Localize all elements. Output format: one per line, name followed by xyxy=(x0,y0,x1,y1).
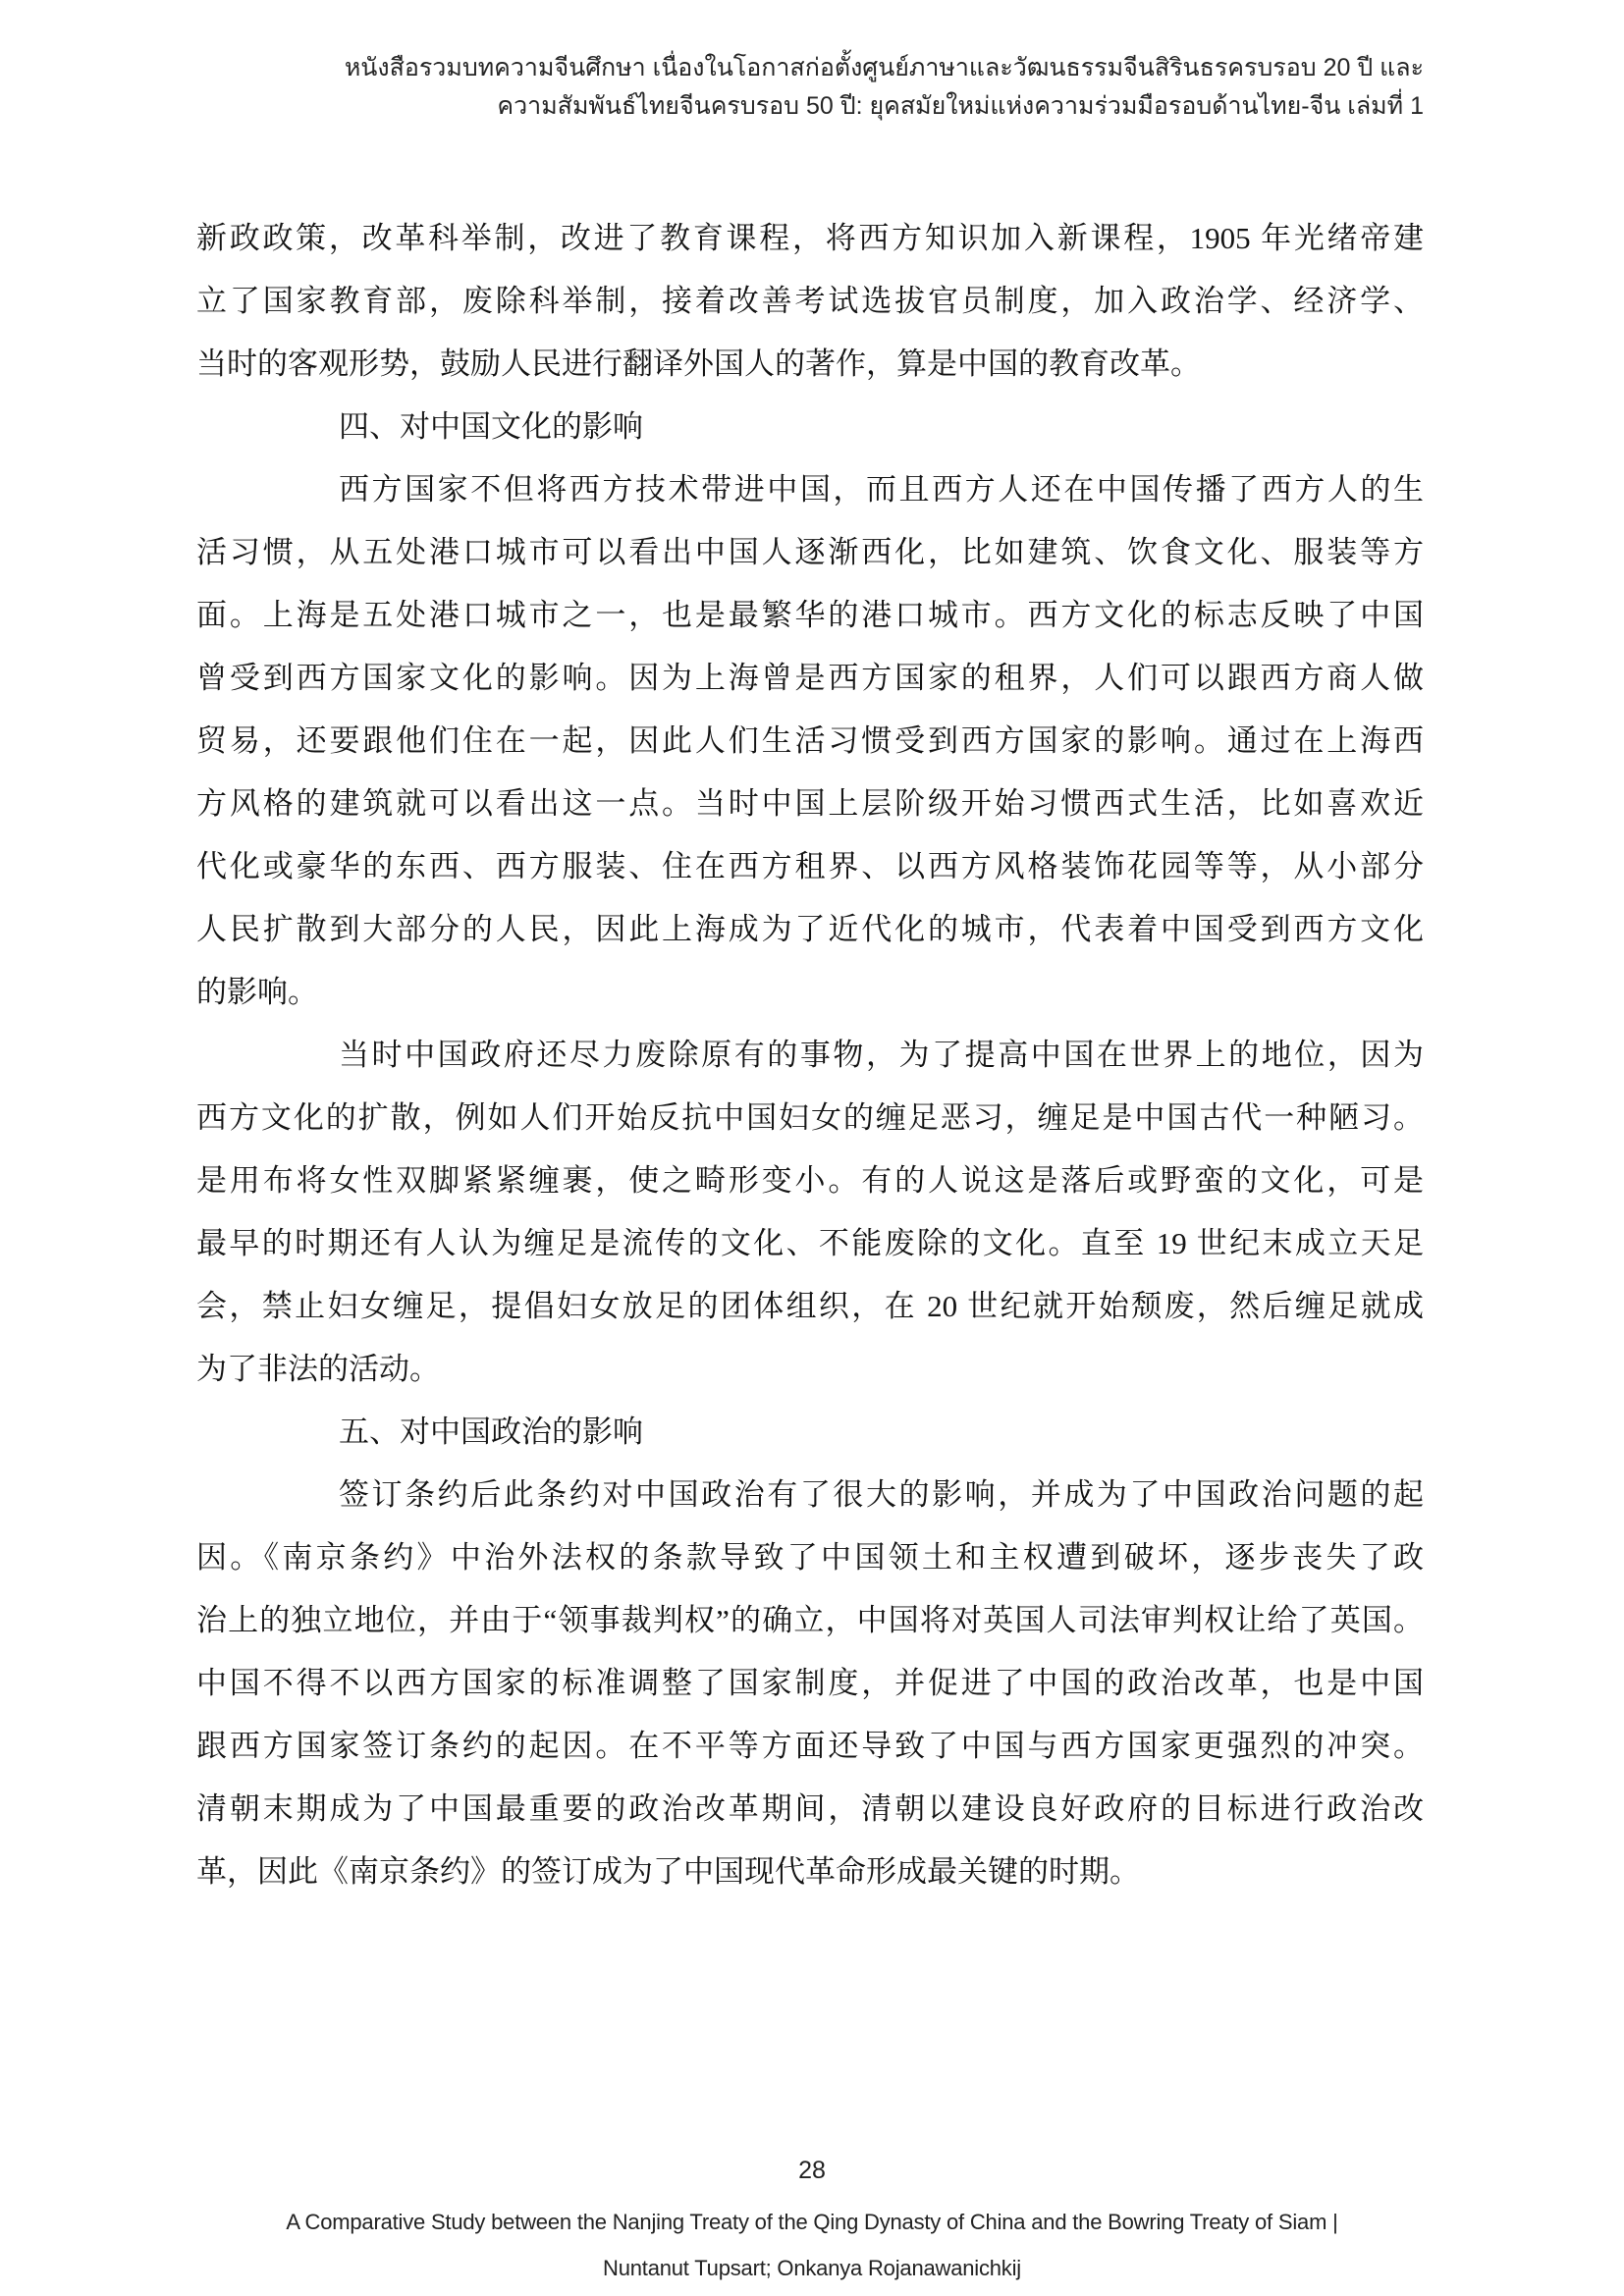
header-line-2: ความสัมพันธ์ไทยจีนครบรอบ 50 ปี: ยุคสมัยใ… xyxy=(196,87,1424,126)
body-line: 因。《南京条约》中治外法权的条款导致了中国领土和主权遭到破坏，逐步丧失了政 xyxy=(196,1526,1424,1589)
body-line: 曾受到西方国家文化的影响。因为上海曾是西方国家的租界，人们可以跟西方商人做 xyxy=(196,647,1424,710)
body-line: 贸易，还要跟他们住在一起，因此人们生活习惯受到西方国家的影响。通过在上海西 xyxy=(196,710,1424,773)
page-footer: 28 A Comparative Study between the Nanji… xyxy=(0,2156,1624,2291)
body-line: 西方国家不但将西方技术带进中国，而且西方人还在中国传播了西方人的生 xyxy=(196,458,1424,521)
header-line-1: หนังสือรวมบทความจีนศึกษา เนื่องในโอกาสก่… xyxy=(196,49,1424,87)
page-header: หนังสือรวมบทความจีนศึกษา เนื่องในโอกาสก่… xyxy=(196,49,1424,126)
body-line: 革，因此《南京条约》的签订成为了中国现代革命形成最关键的时期。 xyxy=(196,1841,1424,1903)
page-number: 28 xyxy=(0,2156,1624,2185)
body-line: 新政政策，改革科举制，改进了教育课程，将西方知识加入新课程，1905 年光绪帝建 xyxy=(196,207,1424,270)
body-line: 的影响。 xyxy=(196,961,1424,1024)
body-line: 清朝末期成为了中国最重要的政治改革期间，清朝以建设良好政府的目标进行政治改 xyxy=(196,1778,1424,1841)
body-line: 是用布将女性双脚紧紧缠裹，使之畸形变小。有的人说这是落后或野蛮的文化，可是 xyxy=(196,1149,1424,1212)
body-line: 活习惯，从五处港口城市可以看出中国人逐渐西化，比如建筑、饮食文化、服装等方 xyxy=(196,521,1424,584)
body-line: 代化或豪华的东西、西方服装、住在西方租界、以西方风格装饰花园等等，从小部分 xyxy=(196,835,1424,898)
body-line: 最早的时期还有人认为缠足是流传的文化、不能废除的文化。直至 19 世纪末成立天足 xyxy=(196,1212,1424,1275)
body-line: 当时中国政府还尽力废除原有的事物，为了提高中国在世界上的地位，因为 xyxy=(196,1024,1424,1087)
body-text: 新政政策，改革科举制，改进了教育课程，将西方知识加入新课程，1905 年光绪帝建… xyxy=(196,207,1424,1903)
body-line: 面。上海是五处港口城市之一，也是最繁华的港口城市。西方文化的标志反映了中国 xyxy=(196,584,1424,647)
body-line: 方风格的建筑就可以看出这一点。当时中国上层阶级开始习惯西式生活，比如喜欢近 xyxy=(196,773,1424,835)
body-line: 跟西方国家签订条约的起因。在不平等方面还导致了中国与西方国家更强烈的冲突。 xyxy=(196,1715,1424,1778)
body-line: 治上的独立地位，并由于“领事裁判权”的确立，中国将对英国人司法审判权让给了英国。 xyxy=(196,1589,1424,1652)
section-heading: 四、对中国文化的影响 xyxy=(196,396,1424,458)
footer-authors: Nuntanut Tupsart; Onkanya Rojanawanichki… xyxy=(0,2245,1624,2291)
body-line: 当时的客观形势，鼓励人民进行翻译外国人的著作，算是中国的教育改革。 xyxy=(196,333,1424,396)
body-line: 人民扩散到大部分的人民，因此上海成为了近代化的城市，代表着中国受到西方文化 xyxy=(196,898,1424,961)
body-line: 会，禁止妇女缠足，提倡妇女放足的团体组织，在 20 世纪就开始颓废，然后缠足就成 xyxy=(196,1275,1424,1338)
document-page: หนังสือรวมบทความจีนศึกษา เนื่องในโอกาสก่… xyxy=(0,0,1624,2296)
body-line: 西方文化的扩散，例如人们开始反抗中国妇女的缠足恶习，缠足是中国古代一种陋习。 xyxy=(196,1087,1424,1149)
footer-title: A Comparative Study between the Nanjing … xyxy=(0,2199,1624,2245)
body-line: 为了非法的活动。 xyxy=(196,1338,1424,1401)
body-line: 中国不得不以西方国家的标准调整了国家制度，并促进了中国的政治改革，也是中国 xyxy=(196,1652,1424,1715)
body-line: 立了国家教育部，废除科举制，接着改善考试选拔官员制度，加入政治学、经济学、 xyxy=(196,270,1424,333)
body-line: 签订条约后此条约对中国政治有了很大的影响，并成为了中国政治问题的起 xyxy=(196,1464,1424,1526)
section-heading: 五、对中国政治的影响 xyxy=(196,1401,1424,1464)
